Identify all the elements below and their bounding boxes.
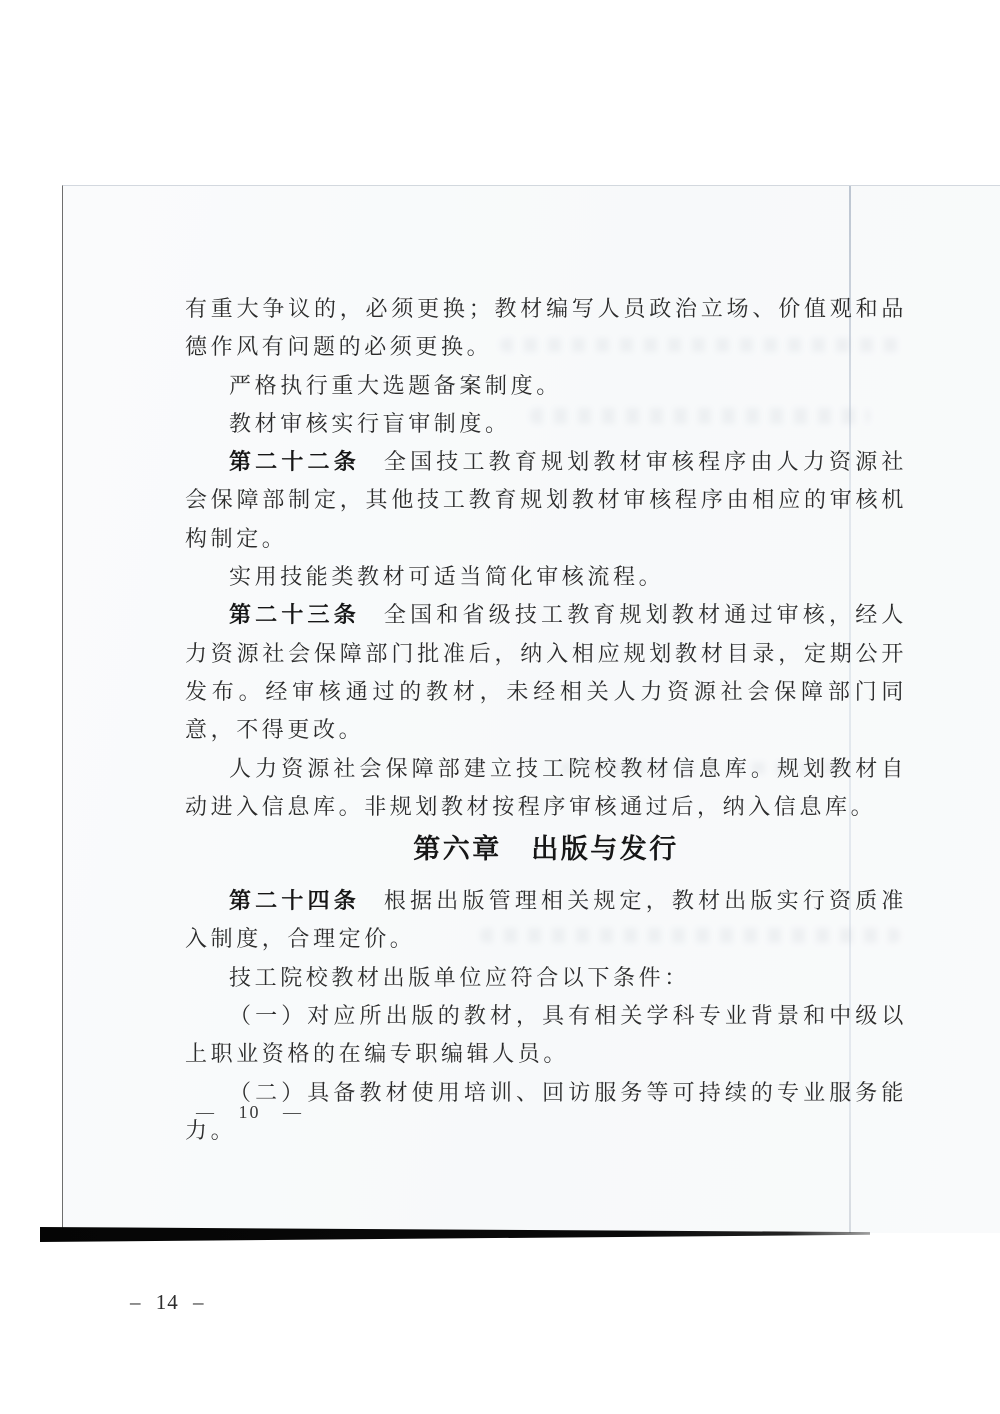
paragraph-article-23: 第二十三条全国和省级技工教育规划教材通过审核，经人力资源社会保障部门批准后，纳入… [185,596,907,749]
paragraph-text: 严格执行重大选题备案制度。 [229,373,562,398]
paragraph-text: 技工院校教材出版单位应符合以下条件： [229,965,690,990]
paragraph-item-1: （一）对应所出版的教材，具有相关学科专业背景和中级以上职业资格的在编专职编辑人员… [185,997,907,1074]
paragraph: 教材审核实行盲审制度。 [185,405,907,443]
paragraph-continuation: 有重大争议的，必须更换；教材编写人员政治立场、价值观和品德作风有问题的必须更换。 [185,290,907,367]
paragraph-text: 教材审核实行盲审制度。 [229,411,511,436]
article-number: 第二十四条 [229,888,360,913]
inner-page-number: — 10 — [196,1102,303,1123]
paragraph-article-24: 第二十四条根据出版管理相关规定，教材出版实行资质准入制度，合理定价。 [185,882,907,959]
paragraph: 严格执行重大选题备案制度。 [185,367,907,405]
article-number: 第二十二条 [229,449,360,474]
scanned-document-page: 有重大争议的，必须更换；教材编写人员政治立场、价值观和品德作风有问题的必须更换。… [0,0,1000,1414]
paragraph-text: 实用技能类教材可适当简化审核流程。 [229,564,664,589]
paragraph: 人力资源社会保障部建立技工院校教材信息库。规划教材自动进入信息库。非规划教材按程… [185,750,907,827]
paragraph-text: （一）对应所出版的教材，具有相关学科专业背景和中级以上职业资格的在编专职编辑人员… [185,1003,907,1066]
chapter-heading: 第六章 出版与发行 [185,828,907,870]
article-number: 第二十三条 [229,602,360,627]
document-body: 有重大争议的，必须更换；教材编写人员政治立场、价值观和品德作风有问题的必须更换。… [185,290,907,1150]
paragraph-text: 人力资源社会保障部建立技工院校教材信息库。规划教材自动进入信息库。非规划教材按程… [185,756,907,819]
paragraph-text: 有重大争议的，必须更换；教材编写人员政治立场、价值观和品德作风有问题的必须更换。 [185,296,907,359]
outer-page-number: – 14 – [130,1290,205,1315]
paragraph: 实用技能类教材可适当简化审核流程。 [185,558,907,596]
paragraph: 技工院校教材出版单位应符合以下条件： [185,959,907,997]
paragraph-article-22: 第二十二条全国技工教育规划教材审核程序由人力资源社会保障部制定，其他技工教育规划… [185,443,907,558]
